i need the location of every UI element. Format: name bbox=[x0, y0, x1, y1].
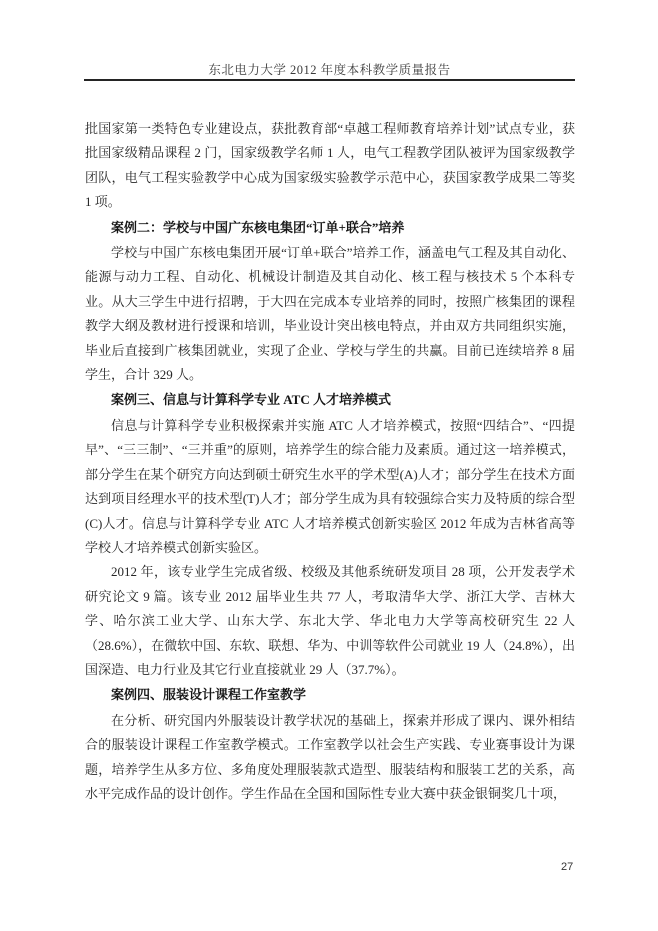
document-body: 批国家第一类特色专业建设点，获批教育部“卓越工程师教育培养计划”试点专业，获批国… bbox=[85, 117, 575, 806]
case-heading: 案例四、服装设计课程工作室教学 bbox=[85, 683, 575, 707]
page-number: 27 bbox=[561, 861, 573, 873]
case-heading: 案例三、信息与计算科学专业 ATC 人才培养模式 bbox=[85, 388, 575, 412]
paragraph: 在分析、研究国内外服装设计教学状况的基础上，探索并形成了课内、课外相结合的服装设… bbox=[85, 709, 575, 807]
page-header-title: 东北电力大学 2012 年度本科教学质量报告 bbox=[84, 60, 575, 78]
report-page: 东北电力大学 2012 年度本科教学质量报告 批国家第一类特色专业建设点，获批教… bbox=[0, 0, 658, 931]
header-rule bbox=[84, 79, 575, 81]
case-heading: 案例二：学校与中国广东核电集团“订单+联合”培养 bbox=[85, 216, 575, 240]
paragraph: 学校与中国广东核电集团开展“订单+联合”培养工作，涵盖电气工程及其自动化、能源与… bbox=[85, 241, 575, 387]
paragraph: 批国家第一类特色专业建设点，获批教育部“卓越工程师教育培养计划”试点专业，获批国… bbox=[85, 117, 575, 215]
paragraph: 2012 年，该专业学生完成省级、校级及其他系统研发项目 28 项，公开发表学术… bbox=[85, 560, 575, 682]
paragraph: 信息与计算科学专业积极探索并实施 ATC 人才培养模式，按照“四结合”、“四提早… bbox=[85, 414, 575, 560]
